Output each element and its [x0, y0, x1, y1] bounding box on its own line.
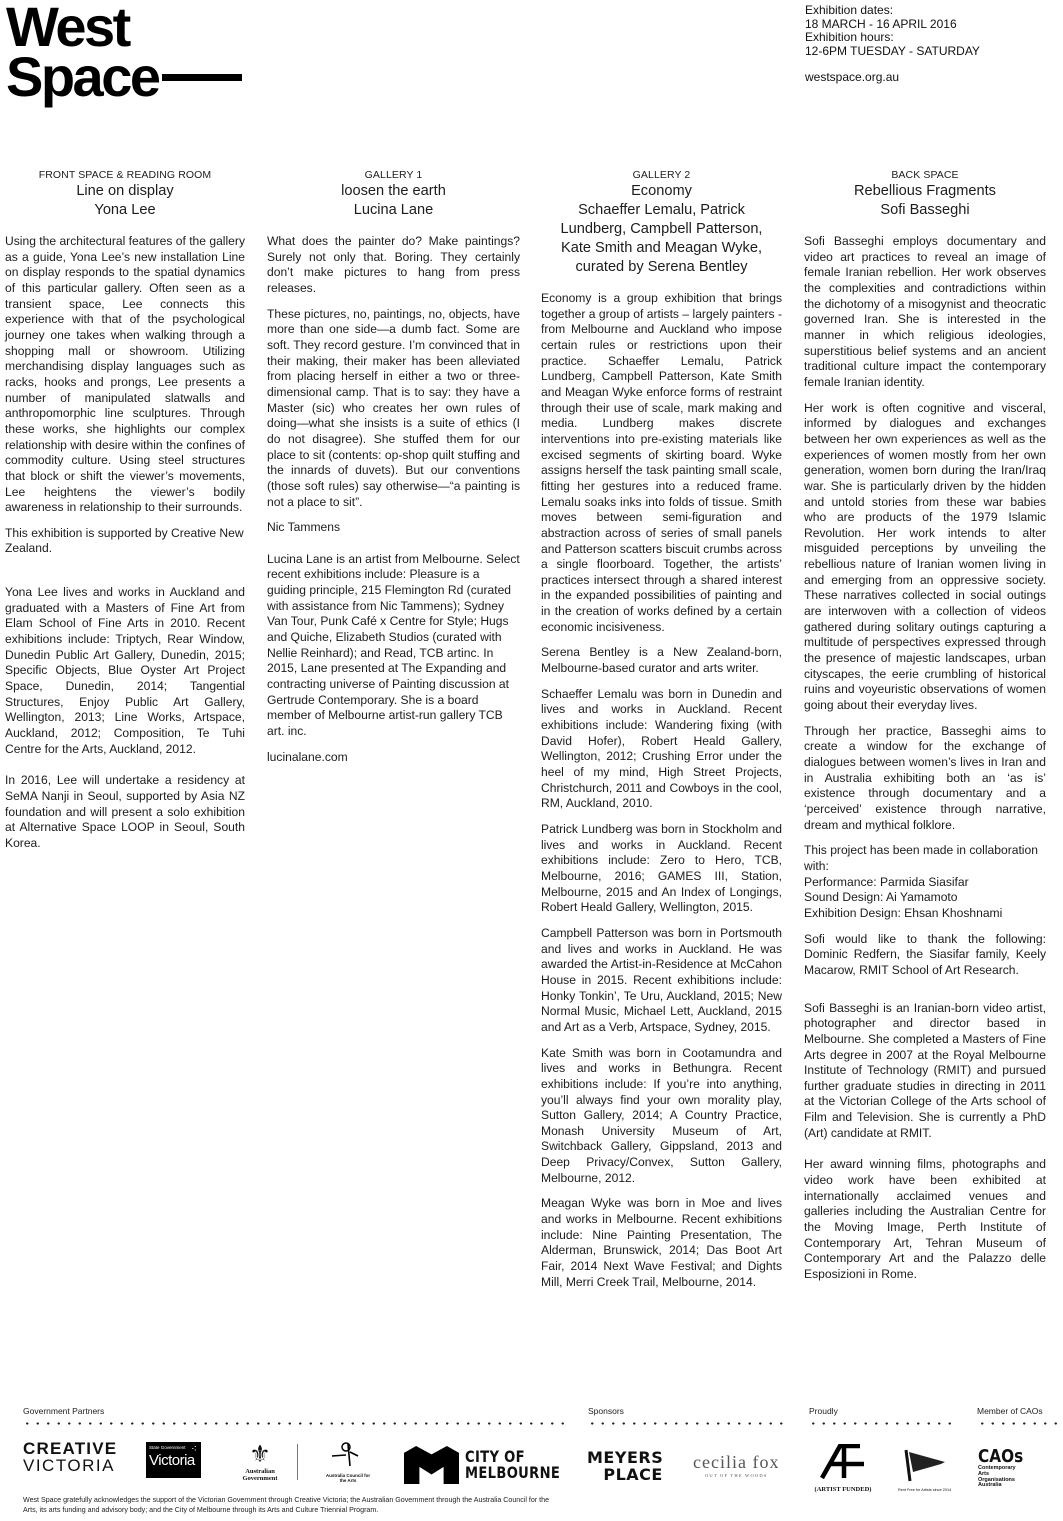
hours-label: Exhibition hours:	[805, 31, 980, 45]
paragraph: Patrick Lundberg was born in Stockholm a…	[541, 822, 782, 916]
cecilia-fox-logo: cecilia fox OUT OF THE WOODS	[693, 1452, 779, 1478]
paragraph: These pictures, no, paintings, no, objec…	[267, 307, 520, 511]
paragraph: Through her practice, Basseghi aims to c…	[804, 724, 1046, 834]
paragraph: Sofi would like to thank the following: …	[804, 932, 1046, 979]
credits: This project has been made in collaborat…	[804, 843, 1046, 921]
dotted-divider	[808, 1422, 956, 1425]
creative-victoria-logo: CREATIVE VICTORIA	[23, 1440, 117, 1474]
venue-label: GALLERY 2	[549, 168, 774, 182]
column-back-space: BACK SPACE Rebellious Fragments Sofi Bas…	[804, 168, 1046, 1293]
af-monogram-icon	[812, 1444, 874, 1486]
exhibition-title: Line on display	[5, 182, 245, 201]
proudly-label: Proudly	[809, 1406, 838, 1416]
exhibition-info: Exhibition dates: 18 MARCH - 16 APRIL 20…	[805, 4, 980, 85]
meyers-place-logo: MEYERS PLACE	[587, 1449, 663, 1483]
australia-council-logo: Australia Council for the Arts	[323, 1442, 373, 1483]
venue-label: GALLERY 1	[267, 168, 520, 182]
credit-exhibition-design: Exhibition Design: Ehsan Khoshnami	[804, 906, 1046, 922]
australian-government-logo: ⚜ Australian Government	[228, 1442, 292, 1482]
west-space-logo: West Space	[6, 2, 242, 102]
paragraph: Serena Bentley is a New Zealand-born, Me…	[541, 645, 782, 676]
kangaroo-figure-icon	[323, 1442, 373, 1473]
artist-website-link[interactable]: lucinalane.com	[267, 750, 520, 766]
dotted-divider	[977, 1422, 1057, 1425]
member-label: Member of CAOs	[977, 1406, 1043, 1416]
column-heading: GALLERY 1 loosen the earth Lucina Lane	[267, 168, 520, 220]
paragraph: Sofi Basseghi employs documentary and vi…	[804, 234, 1046, 391]
paragraph: Lucina Lane is an artist from Melbourne.…	[267, 552, 520, 740]
paragraph: Meagan Wyke was born in Moe and lives an…	[541, 1196, 782, 1290]
exhibition-title: Rebellious Fragments	[804, 182, 1046, 201]
artist-name: Yona Lee	[5, 201, 245, 220]
website-link[interactable]: westspace.org.au	[805, 71, 980, 85]
credit-performance: Performance: Parmida Siasifar	[804, 875, 1046, 891]
dotted-divider	[22, 1422, 567, 1425]
artist-name: Schaeffer Lemalu, Patrick Lundberg, Camp…	[549, 201, 774, 277]
melbourne-m-icon	[404, 1446, 459, 1484]
logo-line-2: Space	[6, 52, 242, 102]
partners-footer: Government Partners Sponsors Proudly Mem…	[0, 1404, 1063, 1521]
paragraph: Economy is a group exhibition that bring…	[541, 291, 782, 635]
southern-cross-icon: ⁖	[191, 1444, 197, 1455]
hours-value: 12-6PM TUESDAY - SATURDAY	[805, 45, 980, 59]
paragraph: This exhibition is supported by Creative…	[5, 526, 245, 557]
paragraph: Using the architectural features of the …	[5, 234, 245, 516]
logo-dash	[162, 74, 242, 81]
paragraph: Schaeffer Lemalu was born in Dunedin and…	[541, 687, 782, 812]
column-heading: BACK SPACE Rebellious Fragments Sofi Bas…	[804, 168, 1046, 220]
rent-free-logo: Rent Free for Artists since 2014	[898, 1448, 958, 1492]
funding-acknowledgement: West Space gratefully acknowledges the s…	[23, 1496, 563, 1515]
column-front-space: FRONT SPACE & READING ROOM Line on displ…	[5, 168, 245, 862]
dotted-divider	[587, 1422, 787, 1425]
exhibition-title: Economy	[549, 182, 774, 201]
flag-icon	[903, 1448, 947, 1482]
paragraph: Sofi Basseghi is an Iranian-born video a…	[804, 1001, 1046, 1142]
caos-logo: CAOs Contemporary Arts Organisations Aus…	[978, 1448, 1031, 1489]
artist-funded-logo: (ARTIST FUNDED)	[812, 1444, 874, 1493]
artist-name: Lucina Lane	[267, 201, 520, 220]
paragraph: What does the painter do? Make paintings…	[267, 234, 520, 297]
city-of-melbourne-logo: CITY OF MELBOURNE	[404, 1446, 581, 1484]
sponsors-label: Sponsors	[588, 1406, 624, 1416]
venue-label: BACK SPACE	[804, 168, 1046, 182]
coat-of-arms-icon: ⚜	[228, 1442, 292, 1468]
paragraph: Kate Smith was born in Cootamundra and l…	[541, 1046, 782, 1187]
column-heading: GALLERY 2 Economy Schaeffer Lemalu, Patr…	[541, 168, 782, 277]
venue-label: FRONT SPACE & READING ROOM	[5, 168, 245, 182]
column-gallery-1: GALLERY 1 loosen the earth Lucina Lane W…	[267, 168, 520, 765]
column-gallery-2: GALLERY 2 Economy Schaeffer Lemalu, Patr…	[541, 168, 782, 1300]
paragraph: Yona Lee lives and works in Auckland and…	[5, 585, 245, 757]
credits-intro: This project has been made in collaborat…	[804, 843, 1046, 874]
author-credit: Nic Tammens	[267, 520, 520, 536]
logo-divider	[297, 1444, 298, 1480]
government-partners-label: Government Partners	[23, 1406, 104, 1416]
column-heading: FRONT SPACE & READING ROOM Line on displ…	[5, 168, 245, 220]
dates-value: 18 MARCH - 16 APRIL 2016	[805, 18, 980, 32]
paragraph: Her award winning films, photographs and…	[804, 1157, 1046, 1282]
artist-name: Sofi Basseghi	[804, 201, 1046, 220]
dates-label: Exhibition dates:	[805, 4, 980, 18]
paragraph: Campbell Patterson was born in Portsmout…	[541, 926, 782, 1036]
paragraph: Her work is often cognitive and visceral…	[804, 401, 1046, 714]
paragraph: In 2016, Lee will undertake a residency …	[5, 773, 245, 851]
exhibition-title: loosen the earth	[267, 182, 520, 201]
credit-sound-design: Sound Design: Ai Yamamoto	[804, 890, 1046, 906]
state-government-victoria-logo: State Government Victoria ⁖	[146, 1442, 201, 1478]
